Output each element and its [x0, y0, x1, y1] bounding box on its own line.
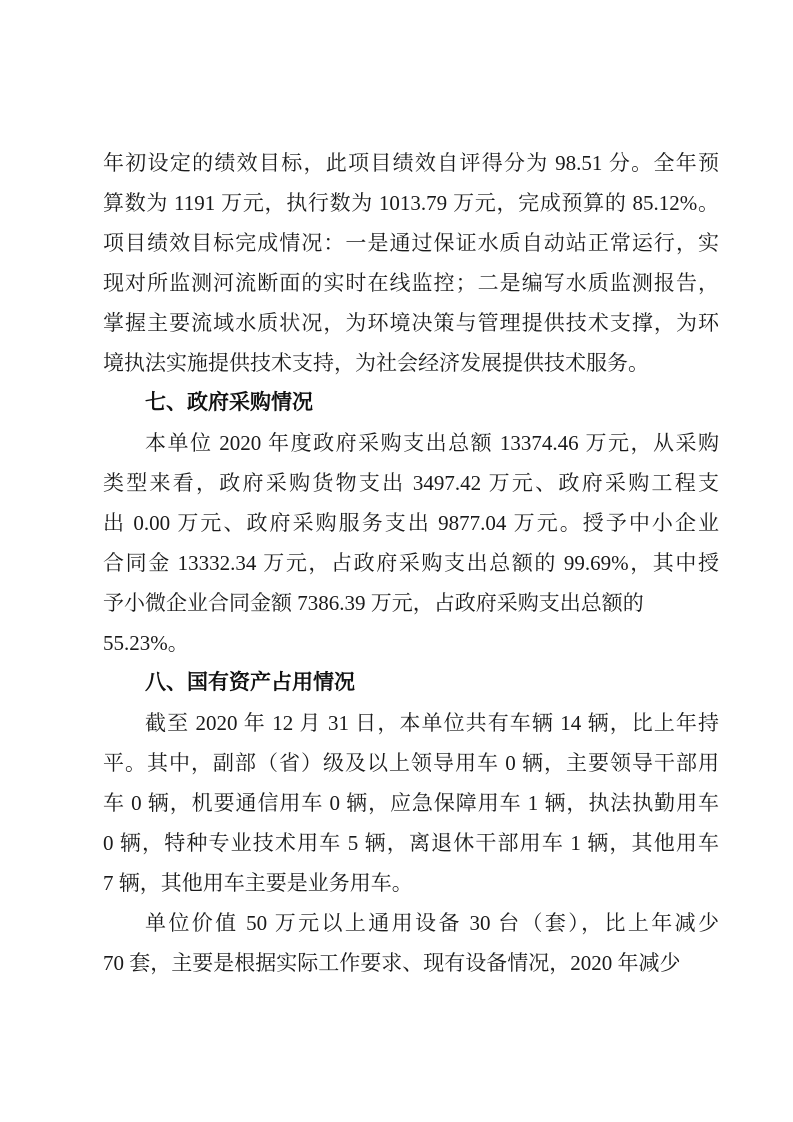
- text-line: 合同金 13332.34 万元，占政府采购支出总额的 99.69%，其中授: [103, 543, 719, 583]
- text-line: 项目绩效目标完成情况：一是通过保证水质自动站正常运行，实: [103, 223, 719, 263]
- text-line: 0 辆，特种专业技术用车 5 辆，离退休干部用车 1 辆，其他用车: [103, 823, 719, 863]
- text-line: 70 套，主要是根据实际工作要求、现有设备情况，2020 年减少: [103, 943, 719, 983]
- section-heading: 八、国有资产占用情况: [103, 663, 719, 703]
- text-line: 类型来看，政府采购货物支出 3497.42 万元、政府采购工程支: [103, 463, 719, 503]
- text-line: 车 0 辆，机要通信用车 0 辆，应急保障用车 1 辆，执法执勤用车: [103, 783, 719, 823]
- text-line: 出 0.00 万元、政府采购服务支出 9877.04 万元。授予中小企业: [103, 503, 719, 543]
- text-line: 掌握主要流域水质状况，为环境决策与管理提供技术支撑，为环: [103, 303, 719, 343]
- text-line: 予小微企业合同金额 7386.39 万元，占政府采购支出总额的: [103, 583, 719, 623]
- text-line: 境执法实施提供技术支持，为社会经济发展提供技术服务。: [103, 343, 719, 383]
- document-text-block: 年初设定的绩效目标，此项目绩效自评得分为 98.51 分。全年预算数为 1191…: [103, 143, 719, 983]
- text-line: 本单位 2020 年度政府采购支出总额 13374.46 万元，从采购: [103, 423, 719, 463]
- text-line: 现对所监测河流断面的实时在线监控；二是编写水质监测报告，: [103, 263, 719, 303]
- text-line: 55.23%。: [103, 623, 719, 663]
- text-line: 算数为 1191 万元，执行数为 1013.79 万元，完成预算的 85.12%…: [103, 183, 719, 223]
- text-line: 年初设定的绩效目标，此项目绩效自评得分为 98.51 分。全年预: [103, 143, 719, 183]
- text-line: 平。其中，副部（省）级及以上领导用车 0 辆，主要领导干部用: [103, 743, 719, 783]
- section-heading: 七、政府采购情况: [103, 383, 719, 423]
- text-line: 单位价值 50 万元以上通用设备 30 台（套），比上年减少: [103, 903, 719, 943]
- text-line: 7 辆，其他用车主要是业务用车。: [103, 863, 719, 903]
- document-page: 年初设定的绩效目标，此项目绩效自评得分为 98.51 分。全年预算数为 1191…: [0, 0, 793, 1122]
- text-line: 截至 2020 年 12 月 31 日，本单位共有车辆 14 辆，比上年持: [103, 703, 719, 743]
